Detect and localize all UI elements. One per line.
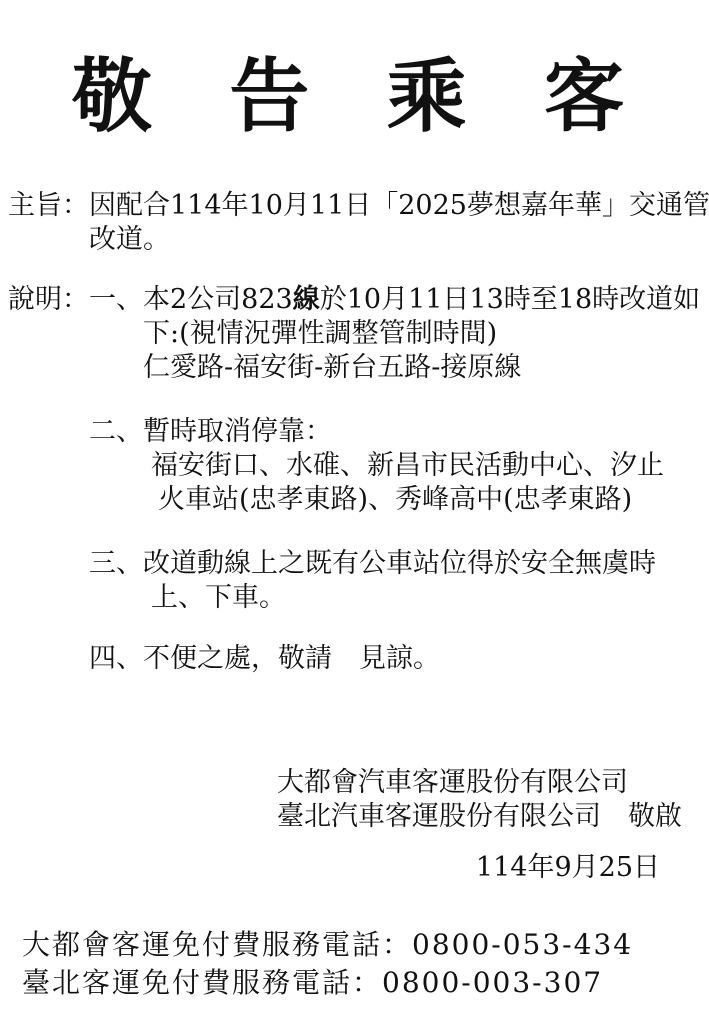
signature-block: 大都會汽車客運股份有限公司 臺北汽車客運股份有限公司 敬啟	[277, 766, 682, 834]
notice-title: 敬 告 乘 客	[72, 56, 624, 136]
subject-label: 主旨：	[8, 189, 89, 223]
hotline-metro: 大都會客運免付費服務電話：0800-053-434	[22, 926, 633, 964]
item-1-line-2: 下:(視情況彈性調整管制時間)	[143, 317, 700, 351]
item-3-number: 三、	[89, 547, 143, 581]
item-1-number: 一、	[89, 283, 143, 317]
explanation-section: 說明： 一、 本2公司823線於10月11日13時至18時改道如 下:(視情況彈…	[8, 283, 700, 676]
title-char-3: 乘	[387, 56, 467, 136]
item-1-line-3: 仁愛路-福安街-新台五路-接原線	[143, 351, 700, 385]
item-3-line-2: 上、下車。	[143, 581, 656, 615]
item-1-route-word: 線	[293, 284, 320, 315]
item-3-line-1: 改道動線上之既有公車站位得於安全無虞時	[143, 547, 656, 581]
title-char-2: 告	[229, 56, 309, 136]
item-2-line-2: 福安街口、水碓、新昌市民活動中心、汐止	[143, 449, 664, 483]
signature-company-1: 大都會汽車客運股份有限公司	[277, 766, 682, 800]
subject-line-2: 改道。	[89, 223, 709, 257]
item-1-line-1-post: 於10月11日13時至18時改道如	[320, 284, 700, 315]
item-2-line-1: 暫時取消停靠：	[143, 415, 664, 449]
hotline-taipei: 臺北客運免付費服務電話：0800-003-307	[22, 964, 633, 1002]
title-char-1: 敬	[72, 56, 152, 136]
item-1-line-1-pre: 本2公司823	[143, 284, 293, 315]
title-char-4: 客	[544, 56, 624, 136]
item-4-line-1: 不便之處，敬請 見諒。	[143, 642, 440, 676]
signature-company-2: 臺北汽車客運股份有限公司 敬啟	[277, 800, 682, 834]
item-2-text: 暫時取消停靠： 福安街口、水碓、新昌市民活動中心、汐止 火車站(忠孝東路)、秀峰…	[143, 415, 664, 517]
subject-section: 主旨： 因配合114年10月11日「2025夢想嘉年華」交通管制 改道。	[8, 189, 709, 257]
explanation-label: 說明：	[8, 283, 89, 317]
item-2-line-3: 火車站(忠孝東路)、秀峰高中(忠孝東路)	[143, 483, 664, 517]
item-1-line-1: 本2公司823線於10月11日13時至18時改道如	[143, 283, 700, 317]
item-4-number: 四、	[89, 642, 143, 676]
subject-line-1: 因配合114年10月11日「2025夢想嘉年華」交通管制	[89, 189, 709, 223]
item-4-text: 不便之處，敬請 見諒。	[143, 642, 440, 676]
item-2-number: 二、	[89, 415, 143, 449]
notice-page: 敬 告 乘 客 主旨： 因配合114年10月11日「2025夢想嘉年華」交通管制…	[0, 0, 709, 1024]
explanation-item-4: 四、 不便之處，敬請 見諒。	[89, 642, 700, 676]
explanation-item-1: 一、 本2公司823線於10月11日13時至18時改道如 下:(視情況彈性調整管…	[89, 283, 700, 385]
hotline-footer: 大都會客運免付費服務電話：0800-053-434 臺北客運免付費服務電話：08…	[22, 926, 633, 1002]
explanation-item-3: 三、 改道動線上之既有公車站位得於安全無虞時 上、下車。	[89, 547, 700, 615]
item-3-text: 改道動線上之既有公車站位得於安全無虞時 上、下車。	[143, 547, 656, 615]
explanation-items: 一、 本2公司823線於10月11日13時至18時改道如 下:(視情況彈性調整管…	[89, 283, 700, 676]
item-1-text: 本2公司823線於10月11日13時至18時改道如 下:(視情況彈性調整管制時間…	[143, 283, 700, 385]
explanation-item-2: 二、 暫時取消停靠： 福安街口、水碓、新昌市民活動中心、汐止 火車站(忠孝東路)…	[89, 415, 700, 517]
subject-text: 因配合114年10月11日「2025夢想嘉年華」交通管制 改道。	[89, 189, 709, 257]
notice-date: 114年9月25日	[476, 851, 660, 885]
